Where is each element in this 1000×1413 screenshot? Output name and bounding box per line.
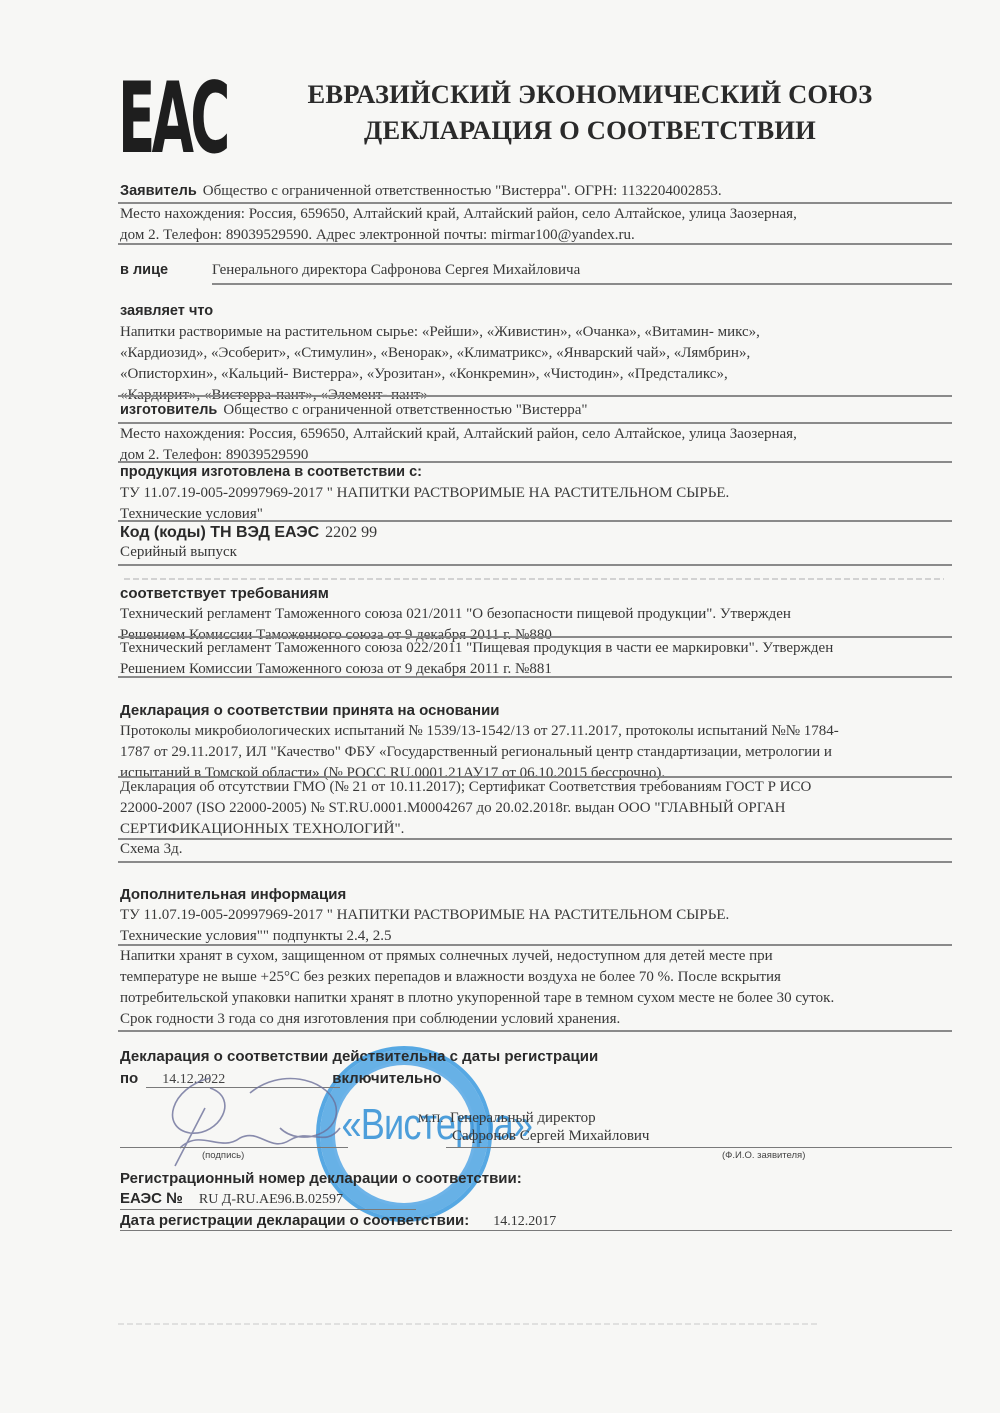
additional-section: Дополнительная информация ТУ 11.07.19-00… xyxy=(120,884,952,947)
divider xyxy=(118,1030,952,1032)
title-declaration: ДЕКЛАРАЦИЯ О СООТВЕТСТВИИ xyxy=(250,112,930,148)
storage-conditions: Напитки хранят в сухом, защищенном от пр… xyxy=(120,946,952,1030)
applicant-row: ЗаявительОбщество с ограниченной ответст… xyxy=(120,181,952,202)
registration-number-label-row: Регистрационный номер декларации о соотв… xyxy=(120,1168,952,1190)
regulation-line: Технический регламент Таможенного союза … xyxy=(120,638,952,659)
additional-label: Дополнительная информация xyxy=(120,884,946,905)
produced-per-section: продукция изготовлена в соответствии с: … xyxy=(120,462,952,525)
registration-number: RU Д-RU.AE96.B.02597 xyxy=(199,1192,343,1207)
produced-per-label: продукция изготовлена в соответствии с: xyxy=(120,462,946,483)
products-line: Напитки растворимые на растительном сырь… xyxy=(120,322,952,343)
divider xyxy=(118,243,952,245)
eaes-label: ЕАЭС № xyxy=(120,1190,183,1207)
registration-date: 14.12.2017 xyxy=(493,1214,556,1229)
registration-date-label: Дата регистрации декларации о соответств… xyxy=(120,1212,469,1229)
complies-label: соответствует требованиям xyxy=(120,583,946,604)
validity-until-prefix: по xyxy=(120,1070,138,1087)
regulation-line: Технический регламент Таможенного союза … xyxy=(120,604,952,625)
manufacturer-label: изготовитель xyxy=(120,402,217,418)
applicant-address: Место нахождения: Россия, 659650, Алтайс… xyxy=(120,204,952,246)
products-line: «Кардиозид», «Эсоберит», «Стимулин», «Ве… xyxy=(120,343,952,364)
tn-ved-row: Код (коды) ТН ВЭД ЕАЭС2202 99 xyxy=(120,522,952,543)
registration-date-line xyxy=(120,1230,952,1231)
produced-per-line: ТУ 11.07.19-005-20997969-2017 " НАПИТКИ … xyxy=(120,483,952,504)
basis-label: Декларация о соответствии принята на осн… xyxy=(120,700,946,721)
represented-by-row: в лицеГенерального директора Сафронова С… xyxy=(120,260,952,281)
declares-section: заявляет что Напитки растворимые на раст… xyxy=(120,301,952,406)
additional-tu-line: ТУ 11.07.19-005-20997969-2017 " НАПИТКИ … xyxy=(120,905,952,926)
signer-name: Сафронов Сергей Михайлович xyxy=(452,1126,752,1147)
divider xyxy=(118,395,952,397)
gmo-certificate: Декларация об отсутствии ГМО (№ 21 от 10… xyxy=(120,777,952,840)
manufacturer-address: Место нахождения: Россия, 659650, Алтайс… xyxy=(120,424,952,466)
storage-line: температуре не выше +25°С без резких пер… xyxy=(120,967,952,988)
divider xyxy=(118,676,952,678)
eac-logo: EAC xyxy=(118,70,227,168)
signature-scribble xyxy=(150,1058,360,1168)
represented-by-value: Генерального директора Сафронова Сергея … xyxy=(212,262,580,278)
products-line: «Описторхин», «Кальций- Вистерра», «Уроз… xyxy=(120,364,952,385)
title-union: ЕВРАЗИЙСКИЙ ЭКОНОМИЧЕСКИЙ СОЮЗ xyxy=(250,76,930,112)
signature-line xyxy=(120,1147,348,1148)
bleed-through-text xyxy=(124,578,944,580)
storage-line: Срок годности 3 года со дня изготовления… xyxy=(120,1009,952,1030)
declaration-document: EAC ЕВРАЗИЙСКИЙ ЭКОНОМИЧЕСКИЙ СОЮЗ ДЕКЛА… xyxy=(0,0,1000,1413)
protocol-line: Протоколы микробиологических испытаний №… xyxy=(120,721,952,742)
manufacturer-address-line1: Место нахождения: Россия, 659650, Алтайс… xyxy=(120,424,952,445)
applicant-value: Общество с ограниченной ответственностью… xyxy=(203,183,722,199)
applicant-address-line1: Место нахождения: Россия, 659650, Алтайс… xyxy=(120,204,952,225)
divider xyxy=(118,861,952,863)
divider xyxy=(212,283,952,285)
tn-ved-label: Код (коды) ТН ВЭД ЕАЭС xyxy=(120,524,319,541)
protocol-line: 1787 от 29.11.2017, ИЛ "Качество" ФБУ «Г… xyxy=(120,742,952,763)
name-caption: (Ф.И.О. заявителя) xyxy=(722,1150,805,1161)
divider xyxy=(118,564,952,566)
gmo-line: СЕРТИФИКАЦИОННЫХ ТЕХНОЛОГИЙ". xyxy=(120,819,952,840)
signer-position: Генеральный директор xyxy=(450,1110,596,1126)
basis-section: Декларация о соответствии принята на осн… xyxy=(120,700,952,784)
registration-number-label: Регистрационный номер декларации о соотв… xyxy=(120,1170,522,1187)
manufacturer-row: изготовительОбщество с ограниченной отве… xyxy=(120,400,952,421)
storage-line: Напитки хранят в сухом, защищенном от пр… xyxy=(120,946,952,967)
document-title: ЕВРАЗИЙСКИЙ ЭКОНОМИЧЕСКИЙ СОЮЗ ДЕКЛАРАЦИ… xyxy=(250,76,930,148)
name-line xyxy=(446,1147,952,1148)
signature-caption: (подпись) xyxy=(202,1150,244,1161)
mp-label: М.П. xyxy=(418,1108,443,1129)
regulation-item: Технический регламент Таможенного союза … xyxy=(120,638,952,680)
applicant-label: Заявитель xyxy=(120,183,197,199)
represented-by-label: в лице xyxy=(120,262,168,278)
gmo-line: Декларация об отсутствии ГМО (№ 21 от 10… xyxy=(120,777,952,798)
scheme: Схема 3д. xyxy=(120,839,952,860)
registration-number-row: ЕАЭС №RU Д-RU.AE96.B.02597 xyxy=(120,1188,952,1210)
manufacturer-value: Общество с ограниченной ответственностью… xyxy=(223,402,587,418)
bleed-through-text xyxy=(118,1323,818,1325)
storage-line: потребительской упаковки напитки хранят … xyxy=(120,988,952,1009)
tn-ved-value: 2202 99 xyxy=(325,524,377,541)
declares-label: заявляет что xyxy=(120,301,946,322)
release-type: Серийный выпуск xyxy=(120,542,952,563)
gmo-line: 22000-2007 (ISO 22000-2005) № ST.RU.0001… xyxy=(120,798,952,819)
registration-date-row: Дата регистрации декларации о соответств… xyxy=(120,1210,952,1232)
